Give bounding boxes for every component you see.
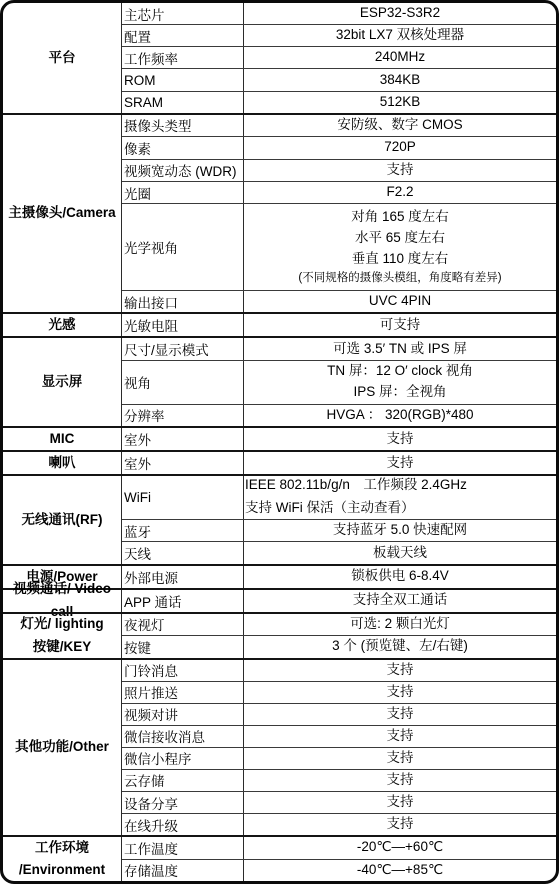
- spec-value: 支持: [244, 814, 556, 835]
- spec-row: 室外 支持: [122, 452, 556, 474]
- spec-value: 支持: [244, 660, 556, 681]
- spec-label: 外部电源: [122, 566, 244, 588]
- category-cell: 主摄像头/Camera: [3, 115, 122, 313]
- spec-value: 支持: [244, 726, 556, 747]
- spec-row: 外部电源 锁板供电 6-8.4V: [122, 566, 556, 588]
- value-line: 384KB: [380, 70, 421, 91]
- value-line: 支持: [387, 726, 414, 747]
- spec-row: 光圈 F2.2: [122, 181, 556, 203]
- spec-value: UVC 4PIN: [244, 291, 556, 312]
- spec-value: 可选 3.5′ TN 或 IPS 屏: [244, 338, 556, 359]
- spec-value: 支持: [244, 452, 556, 474]
- section-rows: APP 通话 支持全双工通话: [122, 590, 556, 612]
- spec-row: 云存储 支持: [122, 769, 556, 791]
- spec-section: 工作环境/Environment 工作温度 -20℃—+60℃ 存储温度 -40…: [3, 835, 556, 881]
- spec-label: 门铃消息: [122, 660, 244, 681]
- spec-section: 视频通话/ Video call APP 通话 支持全双工通话: [3, 588, 556, 612]
- value-line: 支持: [387, 682, 414, 703]
- category-label: 灯光/ lighting: [20, 613, 103, 635]
- value-line: 锁板供电 6-8.4V: [351, 566, 449, 587]
- spec-sheet-table: 平台 主芯片 ESP32-S3R2 配置 32bit LX7 双核处理器 工作频…: [0, 0, 559, 884]
- spec-value: TN 屏：12 O′ clock 视角IPS 屏：全视角: [244, 361, 556, 404]
- category-label: MIC: [50, 428, 75, 450]
- spec-label: 微信小程序: [122, 748, 244, 769]
- value-line: 720P: [384, 137, 416, 158]
- spec-row: 微信接收消息 支持: [122, 725, 556, 747]
- value-line: 支持: [387, 160, 414, 181]
- spec-value: 对角 165 度左右水平 65 度左右垂直 110 度左右(不同规格的摄像头模组…: [244, 204, 556, 290]
- value-line: -40℃—+85℃: [357, 860, 443, 881]
- category-label: 喇叭: [49, 452, 76, 474]
- spec-label: 光圈: [122, 182, 244, 203]
- spec-value: 支持: [244, 704, 556, 725]
- value-line: 3 个 (预览键、左/右键): [332, 636, 468, 657]
- spec-row: 视角 TN 屏：12 O′ clock 视角IPS 屏：全视角: [122, 360, 556, 404]
- spec-section: 其他功能/Other 门铃消息 支持 照片推送 支持 视频对讲 支持 微信接收消…: [3, 658, 556, 836]
- spec-row: SRAM 512KB: [122, 91, 556, 113]
- spec-section: 喇叭 室外 支持: [3, 450, 556, 474]
- section-rows: 外部电源 锁板供电 6-8.4V: [122, 566, 556, 588]
- value-line: 支持: [387, 792, 414, 813]
- spec-row: ROM 384KB: [122, 68, 556, 90]
- value-line: 可支持: [380, 315, 421, 336]
- spec-row: 室外 支持: [122, 428, 556, 450]
- value-line: 支持: [387, 429, 414, 450]
- spec-section: 显示屏 尺寸/显示模式 可选 3.5′ TN 或 IPS 屏 视角 TN 屏：1…: [3, 336, 556, 426]
- value-line: 32bit LX7 双核处理器: [336, 25, 464, 46]
- spec-label: 微信接收消息: [122, 726, 244, 747]
- spec-label: 分辨率: [122, 405, 244, 426]
- spec-label: 设备分享: [122, 792, 244, 813]
- spec-label: 视频宽动态 (WDR): [122, 160, 244, 181]
- spec-row: 照片推送 支持: [122, 681, 556, 703]
- category-cell: 其他功能/Other: [3, 660, 122, 836]
- value-line: -20℃—+60℃: [357, 837, 443, 858]
- value-line: 安防级、数字 CMOS: [337, 115, 462, 136]
- spec-value: 支持: [244, 682, 556, 703]
- spec-row: 输出接口 UVC 4PIN: [122, 290, 556, 312]
- value-line: 垂直 110 度左右: [352, 249, 449, 270]
- value-line: 512KB: [380, 92, 421, 113]
- spec-label: 配置: [122, 25, 244, 46]
- value-line: F2.2: [386, 182, 413, 203]
- spec-row: APP 通话 支持全双工通话: [122, 590, 556, 612]
- spec-row: 主芯片 ESP32-S3R2: [122, 3, 556, 24]
- value-line: 240MHz: [375, 47, 425, 68]
- spec-value: 3 个 (预览键、左/右键): [244, 636, 556, 657]
- value-line: 支持: [387, 814, 414, 835]
- spec-row: 在线升级 支持: [122, 813, 556, 835]
- spec-row: 夜视灯 可选: 2 颗白光灯: [122, 614, 556, 635]
- spec-label: 输出接口: [122, 291, 244, 312]
- value-line: TN 屏：12 O′ clock 视角: [327, 361, 473, 382]
- spec-label: 工作温度: [122, 837, 244, 858]
- value-line: 支持蓝牙 5.0 快速配网: [333, 520, 467, 541]
- spec-row: 天线 板载天线: [122, 541, 556, 563]
- value-line: 板载天线: [373, 543, 427, 564]
- category-cell: MIC: [3, 428, 122, 450]
- category-cell: 工作环境/Environment: [3, 837, 122, 881]
- spec-label: 工作频率: [122, 47, 244, 68]
- spec-value: 可选: 2 颗白光灯: [244, 614, 556, 635]
- value-line: HVGA ： 320(RGB)*480: [326, 405, 473, 426]
- spec-value: -40℃—+85℃: [244, 860, 556, 881]
- spec-value: 安防级、数字 CMOS: [244, 115, 556, 136]
- value-line: IPS 屏：全视角: [353, 382, 446, 403]
- spec-row: 工作温度 -20℃—+60℃: [122, 837, 556, 858]
- section-rows: WiFi IEEE 802.11b/g/n 工作频段 2.4GHz支持 WiFi…: [122, 476, 556, 564]
- spec-label: WiFi: [122, 476, 244, 519]
- spec-value: -20℃—+60℃: [244, 837, 556, 858]
- value-line: 支持: [387, 748, 414, 769]
- section-rows: 摄像头类型 安防级、数字 CMOS 像素 720P 视频宽动态 (WDR) 支持…: [122, 115, 556, 313]
- section-rows: 室外 支持: [122, 428, 556, 450]
- spec-value: 可支持: [244, 314, 556, 336]
- spec-value: 板载天线: [244, 542, 556, 563]
- category-label: 其他功能/Other: [15, 736, 109, 758]
- category-label: 按键/KEY: [33, 636, 92, 658]
- spec-label: 光学视角: [122, 204, 244, 290]
- spec-value: IEEE 802.11b/g/n 工作频段 2.4GHz支持 WiFi 保活（主…: [244, 476, 556, 519]
- category-cell: 喇叭: [3, 452, 122, 474]
- category-label: 无线通讯(RF): [22, 509, 103, 531]
- value-line: (不同规格的摄像头模组，角度略有差异): [298, 270, 501, 288]
- spec-value: 384KB: [244, 69, 556, 90]
- spec-value: 支持蓝牙 5.0 快速配网: [244, 520, 556, 541]
- spec-row: 像素 720P: [122, 136, 556, 158]
- spec-label: 云存储: [122, 770, 244, 791]
- spec-label: 室外: [122, 428, 244, 450]
- value-line: UVC 4PIN: [369, 291, 431, 312]
- spec-label: 按键: [122, 636, 244, 657]
- value-line: 支持: [387, 704, 414, 725]
- category-cell: 光感: [3, 314, 122, 336]
- value-line: 可选: 2 颗白光灯: [350, 614, 450, 635]
- category-cell: 无线通讯(RF): [3, 476, 122, 564]
- value-line: 支持 WiFi 保活（主动查看）: [245, 497, 415, 520]
- spec-row: 光敏电阻 可支持: [122, 314, 556, 336]
- spec-value: 支持全双工通话: [244, 590, 556, 612]
- spec-value: F2.2: [244, 182, 556, 203]
- category-label: /Environment: [19, 859, 105, 881]
- spec-label: 像素: [122, 137, 244, 158]
- category-cell: 显示屏: [3, 338, 122, 426]
- value-line: 对角 165 度左右: [351, 207, 449, 228]
- section-rows: 尺寸/显示模式 可选 3.5′ TN 或 IPS 屏 视角 TN 屏：12 O′…: [122, 338, 556, 426]
- section-rows: 主芯片 ESP32-S3R2 配置 32bit LX7 双核处理器 工作频率 2…: [122, 3, 556, 113]
- category-cell: 视频通话/ Video call: [3, 590, 122, 612]
- spec-label: 视频对讲: [122, 704, 244, 725]
- value-line: 可选 3.5′ TN 或 IPS 屏: [333, 339, 467, 360]
- section-rows: 光敏电阻 可支持: [122, 314, 556, 336]
- category-label: 工作环境: [35, 837, 89, 859]
- spec-value: HVGA ： 320(RGB)*480: [244, 405, 556, 426]
- spec-label: ROM: [122, 69, 244, 90]
- spec-value: 32bit LX7 双核处理器: [244, 25, 556, 46]
- spec-row: 光学视角 对角 165 度左右水平 65 度左右垂直 110 度左右(不同规格的…: [122, 203, 556, 290]
- category-label: 光感: [49, 314, 76, 336]
- section-rows: 夜视灯 可选: 2 颗白光灯 按键 3 个 (预览键、左/右键): [122, 614, 556, 658]
- spec-section: 无线通讯(RF) WiFi IEEE 802.11b/g/n 工作频段 2.4G…: [3, 474, 556, 564]
- spec-value: 720P: [244, 137, 556, 158]
- value-line: 支持: [387, 453, 414, 474]
- spec-label: 摄像头类型: [122, 115, 244, 136]
- spec-value: ESP32-S3R2: [244, 3, 556, 24]
- spec-label: 在线升级: [122, 814, 244, 835]
- spec-row: 蓝牙 支持蓝牙 5.0 快速配网: [122, 519, 556, 541]
- category-label: 平台: [49, 47, 76, 69]
- spec-row: 尺寸/显示模式 可选 3.5′ TN 或 IPS 屏: [122, 338, 556, 359]
- spec-label: 蓝牙: [122, 520, 244, 541]
- spec-value: 240MHz: [244, 47, 556, 68]
- spec-section: 光感 光敏电阻 可支持: [3, 312, 556, 336]
- spec-value: 支持: [244, 792, 556, 813]
- spec-row: 存储温度 -40℃—+85℃: [122, 859, 556, 881]
- spec-value: 支持: [244, 748, 556, 769]
- value-line: 支持: [387, 770, 414, 791]
- spec-label: 光敏电阻: [122, 314, 244, 336]
- spec-section: 主摄像头/Camera 摄像头类型 安防级、数字 CMOS 像素 720P 视频…: [3, 113, 556, 313]
- spec-label: 存储温度: [122, 860, 244, 881]
- spec-row: 工作频率 240MHz: [122, 46, 556, 68]
- value-line: IEEE 802.11b/g/n 工作频段 2.4GHz: [245, 474, 467, 497]
- spec-row: WiFi IEEE 802.11b/g/n 工作频段 2.4GHz支持 WiFi…: [122, 476, 556, 519]
- value-line: 支持全双工通话: [353, 590, 448, 611]
- spec-row: 门铃消息 支持: [122, 660, 556, 681]
- spec-value: 512KB: [244, 92, 556, 113]
- spec-section: MIC 室外 支持: [3, 426, 556, 450]
- spec-label: 尺寸/显示模式: [122, 338, 244, 359]
- spec-label: 主芯片: [122, 3, 244, 24]
- spec-label: 室外: [122, 452, 244, 474]
- category-cell: 平台: [3, 3, 122, 113]
- spec-label: 视角: [122, 361, 244, 404]
- spec-row: 视频对讲 支持: [122, 703, 556, 725]
- value-line: ESP32-S3R2: [360, 3, 440, 24]
- section-rows: 室外 支持: [122, 452, 556, 474]
- spec-value: 支持: [244, 428, 556, 450]
- value-line: 水平 65 度左右: [355, 228, 445, 249]
- section-rows: 工作温度 -20℃—+60℃ 存储温度 -40℃—+85℃: [122, 837, 556, 881]
- value-line: 支持: [387, 660, 414, 681]
- spec-label: APP 通话: [122, 590, 244, 612]
- spec-label: 夜视灯: [122, 614, 244, 635]
- section-rows: 门铃消息 支持 照片推送 支持 视频对讲 支持 微信接收消息 支持 微信小程序 …: [122, 660, 556, 836]
- spec-label: 天线: [122, 542, 244, 563]
- spec-row: 配置 32bit LX7 双核处理器: [122, 24, 556, 46]
- spec-value: 支持: [244, 770, 556, 791]
- category-label: 主摄像头/Camera: [8, 202, 115, 224]
- spec-row: 微信小程序 支持: [122, 747, 556, 769]
- spec-row: 摄像头类型 安防级、数字 CMOS: [122, 115, 556, 136]
- category-cell: 灯光/ lighting按键/KEY: [3, 614, 122, 658]
- spec-section: 平台 主芯片 ESP32-S3R2 配置 32bit LX7 双核处理器 工作频…: [3, 3, 556, 113]
- spec-row: 视频宽动态 (WDR) 支持: [122, 159, 556, 181]
- spec-row: 分辨率 HVGA ： 320(RGB)*480: [122, 404, 556, 426]
- spec-label: SRAM: [122, 92, 244, 113]
- spec-value: 锁板供电 6-8.4V: [244, 566, 556, 588]
- spec-row: 设备分享 支持: [122, 791, 556, 813]
- category-label: 显示屏: [42, 371, 83, 393]
- spec-row: 按键 3 个 (预览键、左/右键): [122, 635, 556, 657]
- spec-value: 支持: [244, 160, 556, 181]
- spec-label: 照片推送: [122, 682, 244, 703]
- spec-section: 灯光/ lighting按键/KEY 夜视灯 可选: 2 颗白光灯 按键 3 个…: [3, 612, 556, 658]
